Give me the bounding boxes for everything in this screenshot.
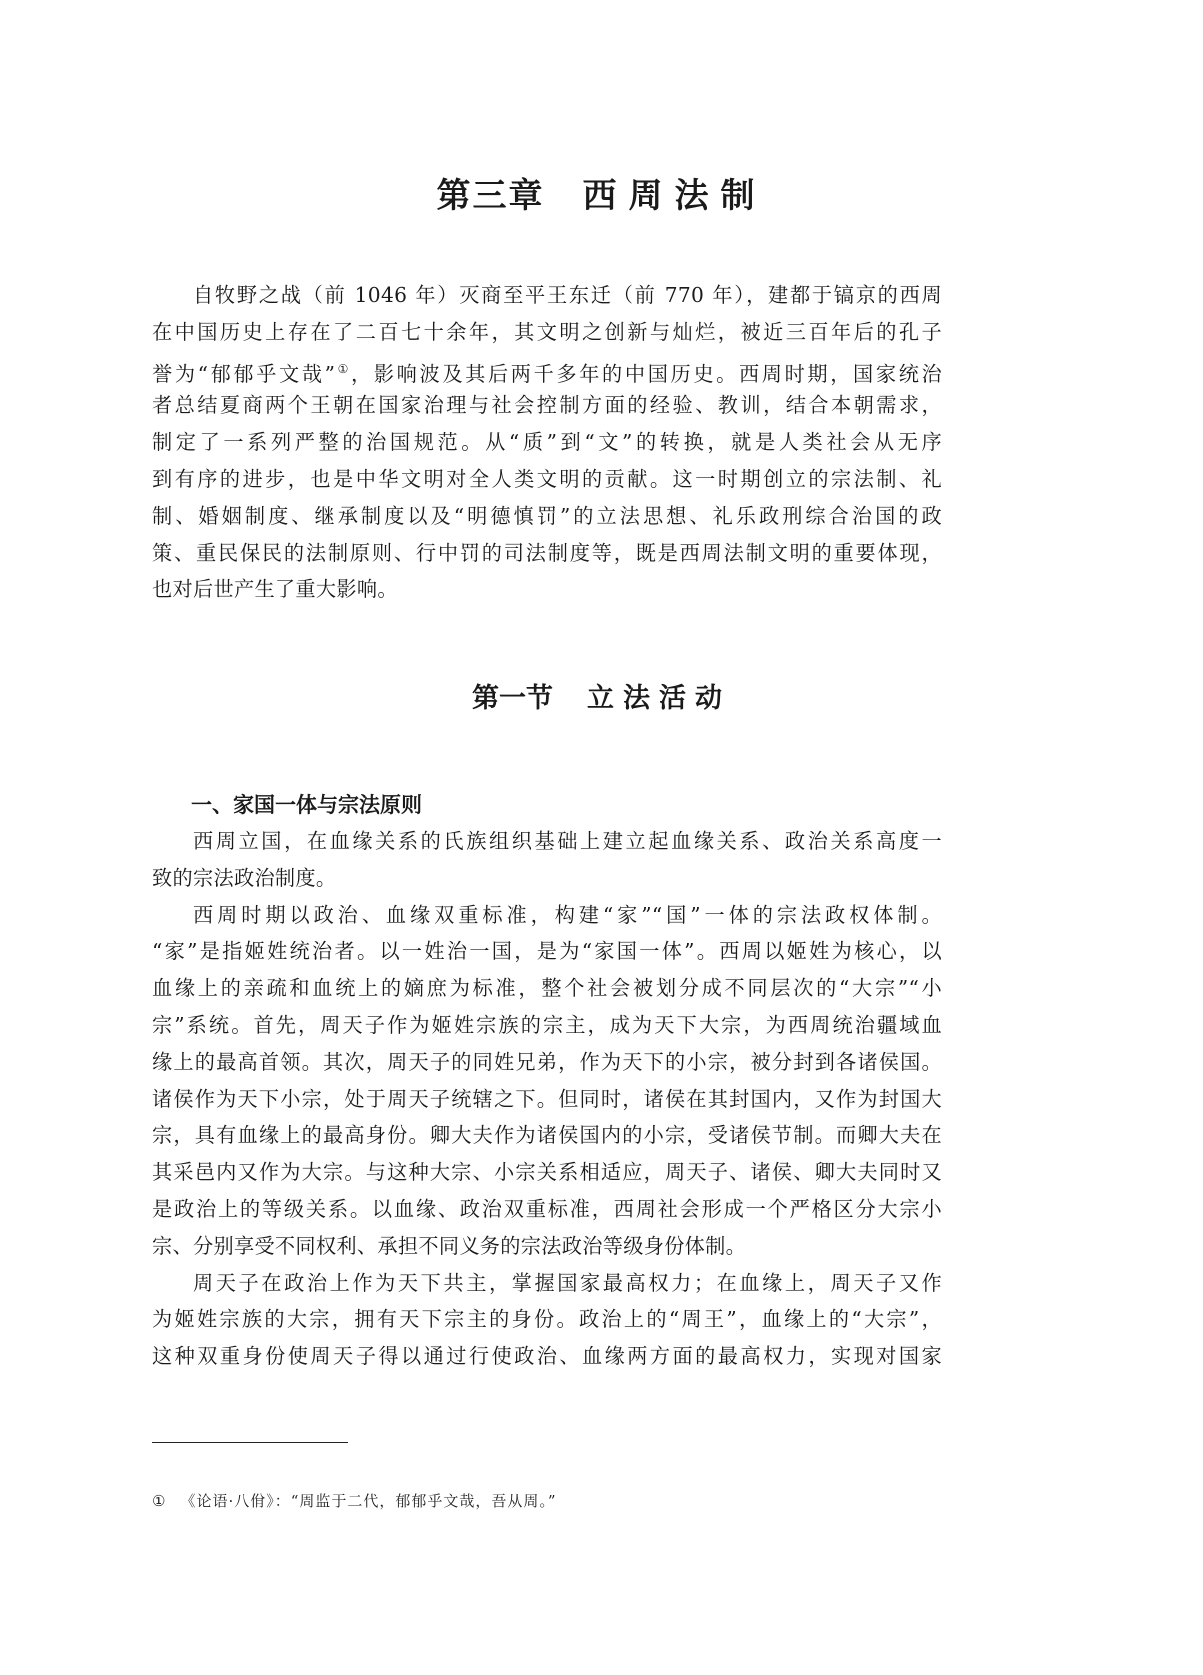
footnote: ①《论语·八佾》：“周监于二代，郁郁乎文哉，吾从周。” (152, 1490, 557, 1512)
text-line: 宗、分别享受不同权利、承担不同义务的宗法政治等级身份体制。 (152, 1228, 942, 1265)
text-line: 血缘上的亲疏和血统上的嫡庶为标准，整个社会被划分成不同层次的“大宗”“小 (152, 970, 942, 1007)
text-line: “家”是指姬姓统治者。以一姓治一国，是为“家国一体”。西周以姬姓为核心，以 (152, 933, 942, 970)
footnote-text: 《论语·八佾》：“周监于二代，郁郁乎文哉，吾从周。” (180, 1492, 556, 1510)
text-line: 周天子在政治上作为天下共主，掌握国家最高权力；在血缘上，周天子又作 (152, 1265, 942, 1302)
body-text: 西周立国，在血缘关系的氏族组织基础上建立起血缘关系、政治关系高度一 致的宗法政治… (152, 823, 942, 1375)
section-title: 第一节立法活动 (0, 682, 1203, 716)
text-line: 到有序的进步，也是中华文明对全人类文明的贡献。这一时期创立的宗法制、礼 (152, 461, 942, 498)
text-line: 西周立国，在血缘关系的氏族组织基础上建立起血缘关系、政治关系高度一 (152, 823, 942, 860)
text-line: 制定了一系列严整的治国规范。从“质”到“文”的转换，就是人类社会从无序 (152, 424, 942, 461)
chapter-number: 第三章 (437, 176, 545, 216)
footnote-ref[interactable]: ① (335, 362, 351, 376)
subsection-heading: 一、家国一体与宗法原则 (191, 790, 422, 820)
text-line: 制、婚姻制度、继承制度以及“明德慎罚”的立法思想、礼乐政刑综合治国的政 (152, 498, 942, 535)
text-line: 誉为“郁郁乎文哉”①，影响波及其后两千多年的中国历史。西周时期，国家统治 (152, 351, 942, 388)
chapter-title: 第三章西周法制 (0, 176, 1203, 216)
intro-paragraph: 自牧野之战（前 1046 年）灭商至平王东迁（前 770 年），建都于镐京的西周… (152, 277, 942, 608)
text-line: 策、重民保民的法制原则、行中罚的司法制度等，既是西周法制文明的重要体现， (152, 535, 942, 572)
text-line: 也对后世产生了重大影响。 (152, 571, 942, 608)
text-line: 其采邑内又作为大宗。与这种大宗、小宗关系相适应，周天子、诸侯、卿大夫同时又 (152, 1154, 942, 1191)
text-line: 致的宗法政治制度。 (152, 860, 942, 897)
document-page: 第三章西周法制 自牧野之战（前 1046 年）灭商至平王东迁（前 770 年），… (0, 0, 1203, 1675)
text-line: 自牧野之战（前 1046 年）灭商至平王东迁（前 770 年），建都于镐京的西周 (152, 277, 942, 314)
footnote-marker: ① (152, 1492, 166, 1510)
footnote-divider (152, 1442, 348, 1443)
text-line: 者总结夏商两个王朝在国家治理与社会控制方面的经验、教训，结合本朝需求， (152, 387, 942, 424)
text-line: 为姬姓宗族的大宗，拥有天下宗主的身份。政治上的“周王”，血缘上的“大宗”， (152, 1301, 942, 1338)
text-line: 诸侯作为天下小宗，处于周天子统辖之下。但同时，诸侯在其封国内，又作为封国大 (152, 1081, 942, 1118)
section-number: 第一节 (472, 683, 553, 714)
section-name: 立法活动 (587, 683, 731, 714)
text-line: 是政治上的等级关系。以血缘、政治双重标准，西周社会形成一个严格区分大宗小 (152, 1191, 942, 1228)
text-line: 宗，具有血缘上的最高身份。卿大夫作为诸侯国内的小宗，受诸侯节制。而卿大夫在 (152, 1117, 942, 1154)
text-line: 这种双重身份使周天子得以通过行使政治、血缘两方面的最高权力，实现对国家 (152, 1338, 942, 1375)
chapter-name: 西周法制 (583, 176, 767, 216)
text-line: 缘上的最高首领。其次，周天子的同姓兄弟，作为天下的小宗，被分封到各诸侯国。 (152, 1044, 942, 1081)
text-line: 西周时期以政治、血缘双重标准，构建“家”“国”一体的宗法政权体制。 (152, 897, 942, 934)
text-line: 在中国历史上存在了二百七十余年，其文明之创新与灿烂，被近三百年后的孔子 (152, 314, 942, 351)
text-line: 宗”系统。首先，周天子作为姬姓宗族的宗主，成为天下大宗，为西周统治疆域血 (152, 1007, 942, 1044)
